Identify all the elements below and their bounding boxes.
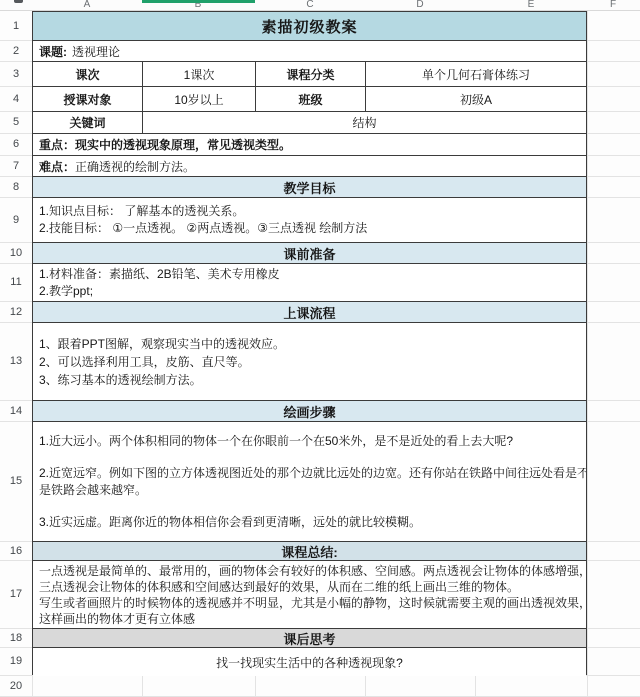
row-number-17[interactable]: 17 xyxy=(0,560,32,628)
preparation-line: 2.教学ppt; xyxy=(39,283,93,300)
section-header: 课前准备 xyxy=(33,244,586,263)
select-all-corner-icon[interactable] xyxy=(14,0,23,3)
row-number-14[interactable]: 14 xyxy=(0,400,32,421)
row-number-20[interactable]: 20 xyxy=(0,675,32,697)
row-number-13[interactable]: 13 xyxy=(0,322,32,400)
table-row: 素描初级教案 xyxy=(33,12,586,41)
row-number-12[interactable]: 12 xyxy=(0,301,32,322)
table-row: 1.知识点目标： 了解基本的透视关系。 2.技能目标： ①一点透视。 ②两点透视… xyxy=(33,198,586,243)
row-number-3[interactable]: 3 xyxy=(0,61,32,86)
keyword-label-cell[interactable]: 关键词 xyxy=(33,112,143,133)
section-header: 绘画步骤 xyxy=(33,402,586,421)
audience-value-cell[interactable]: 10岁以上 xyxy=(143,87,256,111)
summary-body-cell[interactable]: 一点透视是最简单的、最常用的，画的物体会有较好的体积感、空间感。两点透视会让物体… xyxy=(33,561,586,628)
audience-label-cell[interactable]: 授课对象 xyxy=(33,87,143,111)
procedure-line: 3、练习基本的透视绘制方法。 xyxy=(39,371,202,389)
table-row: 一点透视是最简单的、最常用的，画的物体会有较好的体积感、空间感。两点透视会让物体… xyxy=(33,561,586,629)
table-row: 教学目标 xyxy=(33,177,586,198)
keyword-value-cell[interactable]: 结构 xyxy=(143,112,586,133)
focus-cell[interactable]: 重点：现实中的透视现象原理，常见透视类型。 xyxy=(33,134,586,155)
category-value-cell[interactable]: 单个几何石膏体练习 xyxy=(366,62,586,86)
focus-text: 现实中的透视现象原理，常见透视类型。 xyxy=(75,136,291,153)
title-cell[interactable]: 素描初级教案 xyxy=(33,12,586,40)
objectives-line: 2.技能目标： ①一点透视。 ②两点透视。③三点透视 绘制方法 xyxy=(39,220,367,237)
spreadsheet-canvas: A B C D E F 1 2 3 4 5 6 7 8 9 10 11 12 1… xyxy=(0,0,640,697)
topic-value: 透视理论 xyxy=(72,43,120,60)
column-header-d[interactable]: D xyxy=(405,0,435,11)
table-row: 绘画步骤 xyxy=(33,401,586,422)
objectives-body-cell[interactable]: 1.知识点目标： 了解基本的透视关系。 2.技能目标： ①一点透视。 ②两点透视… xyxy=(33,198,586,242)
preparation-line: 1.材料准备：素描纸、2B铅笔、美术专用橡皮 xyxy=(39,266,280,283)
table-row: 1.近大远小。两个体积相同的物体一个在你眼前一个在50米外，是不是近处的看上去大… xyxy=(33,422,586,542)
row-number-18[interactable]: 18 xyxy=(0,628,32,647)
lesson-plan-table: 素描初级教案 课题:透视理论 课次 1课次 课程分类 单个几何石膏体练习 授课对… xyxy=(32,11,587,675)
table-row: 1、跟着PPT图解，观察现实当中的透视效应。 2、可以选择利用工具，皮筋、直尺等… xyxy=(33,323,586,401)
row-number-6[interactable]: 6 xyxy=(0,133,32,155)
column-header-e[interactable]: E xyxy=(516,0,546,11)
procedure-body-cell[interactable]: 1、跟着PPT图解，观察现实当中的透视效应。 2、可以选择利用工具，皮筋、直尺等… xyxy=(33,323,586,400)
column-header-strip: A B C D E F xyxy=(0,0,640,11)
steps-header-cell[interactable]: 绘画步骤 xyxy=(33,401,586,421)
table-row: 课后思考 xyxy=(33,629,586,648)
table-row: 上课流程 xyxy=(33,302,586,323)
row-number-15[interactable]: 15 xyxy=(0,421,32,541)
focus-label: 重点： xyxy=(39,136,75,153)
row-number-10[interactable]: 10 xyxy=(0,242,32,263)
row-number-2[interactable]: 2 xyxy=(0,40,32,61)
table-row: 课前准备 xyxy=(33,243,586,264)
column-header-c[interactable]: C xyxy=(295,0,325,11)
row-number-11[interactable]: 11 xyxy=(0,263,32,301)
row-number-5[interactable]: 5 xyxy=(0,111,32,133)
difficulty-text: 正确透视的绘制方法。 xyxy=(75,158,195,175)
table-row: 重点：现实中的透视现象原理，常见透视类型。 xyxy=(33,134,586,156)
procedure-line: 1、跟着PPT图解，观察现实当中的透视效应。 xyxy=(39,335,285,353)
page-title: 素描初级教案 xyxy=(33,16,586,37)
row-number-9[interactable]: 9 xyxy=(0,197,32,242)
row-number-4[interactable]: 4 xyxy=(0,86,32,111)
preparation-body-cell[interactable]: 1.材料准备：素描纸、2B铅笔、美术专用橡皮 2.教学ppt; xyxy=(33,264,586,301)
steps-body-cell[interactable]: 1.近大远小。两个体积相同的物体一个在你眼前一个在50米外，是不是近处的看上去大… xyxy=(33,422,586,541)
difficulty-label: 难点： xyxy=(39,158,75,175)
table-row: 1.材料准备：素描纸、2B铅笔、美术专用橡皮 2.教学ppt; xyxy=(33,264,586,302)
row-number-1[interactable]: 1 xyxy=(0,11,32,40)
steps-line: 1.近大远小。两个体积相同的物体一个在你眼前一个在50米外，是不是近处的看上去大… xyxy=(39,433,513,450)
class-value-cell[interactable]: 初级A xyxy=(366,87,586,111)
procedure-header-cell[interactable]: 上课流程 xyxy=(33,302,586,322)
homework-body-cell[interactable]: 找一找现实生活中的各种透视现象? xyxy=(33,648,586,676)
lesson-count-label-cell[interactable]: 课次 xyxy=(33,62,143,86)
summary-line: 三点透视会让物体的体积感和空间感达到最好的效果，从而在二维的纸上画出三维的物体。 xyxy=(39,579,519,595)
selected-column-indicator xyxy=(142,0,255,3)
table-row: 关键词 结构 xyxy=(33,112,586,134)
table-row: 课次 1课次 课程分类 单个几何石膏体练习 xyxy=(33,62,586,87)
gridline xyxy=(587,11,588,697)
table-row: 找一找现实生活中的各种透视现象? xyxy=(33,648,586,676)
topic-cell[interactable]: 课题:透视理论 xyxy=(33,41,586,61)
class-label-cell[interactable]: 班级 xyxy=(256,87,366,111)
section-header: 课后思考 xyxy=(33,629,586,647)
preparation-header-cell[interactable]: 课前准备 xyxy=(33,243,586,263)
difficulty-cell[interactable]: 难点：正确透视的绘制方法。 xyxy=(33,156,586,176)
table-row: 课题:透视理论 xyxy=(33,41,586,62)
summary-line: 这样画出的物体才更有立体感 xyxy=(39,611,195,627)
table-row: 难点：正确透视的绘制方法。 xyxy=(33,156,586,177)
column-header-f[interactable]: F xyxy=(598,0,628,11)
homework-header-cell[interactable]: 课后思考 xyxy=(33,629,586,647)
row-number-7[interactable]: 7 xyxy=(0,155,32,176)
row-number-8[interactable]: 8 xyxy=(0,176,32,197)
section-header: 上课流程 xyxy=(33,303,586,322)
lesson-count-value-cell[interactable]: 1课次 xyxy=(143,62,256,86)
table-row: 授课对象 10岁以上 班级 初级A xyxy=(33,87,586,112)
section-header: 教学目标 xyxy=(33,178,586,197)
table-row: 课程总结: xyxy=(33,542,586,561)
section-header: 课程总结: xyxy=(33,542,586,560)
column-header-a[interactable]: A xyxy=(72,0,102,11)
summary-header-cell[interactable]: 课程总结: xyxy=(33,542,586,560)
objectives-line: 1.知识点目标： 了解基本的透视关系。 xyxy=(39,203,244,220)
steps-line: 是铁路会越来越窄。 xyxy=(39,482,586,499)
row-number-19[interactable]: 19 xyxy=(0,647,32,675)
steps-line: 3.近实远虚。距离你近的物体相信你会看到更清晰，远处的就比较模糊。 xyxy=(39,514,421,531)
category-label-cell[interactable]: 课程分类 xyxy=(256,62,366,86)
summary-line: 写生或者画照片的时候物体的透视感并不明显，尤其是小幅的静物，这时候就需要主观的画… xyxy=(39,595,586,611)
steps-line: 2.近宽远窄。例如下图的立方体透视图近处的那个边就比远处的边宽。还有你站在铁路中… xyxy=(39,465,586,482)
objectives-header-cell[interactable]: 教学目标 xyxy=(33,177,586,197)
summary-line: 一点透视是最简单的、最常用的，画的物体会有较好的体积感、空间感。两点透视会让物体… xyxy=(39,563,586,579)
topic-label: 课题: xyxy=(39,43,67,60)
row-number-16[interactable]: 16 xyxy=(0,541,32,560)
procedure-line: 2、可以选择利用工具，皮筋、直尺等。 xyxy=(39,353,250,371)
